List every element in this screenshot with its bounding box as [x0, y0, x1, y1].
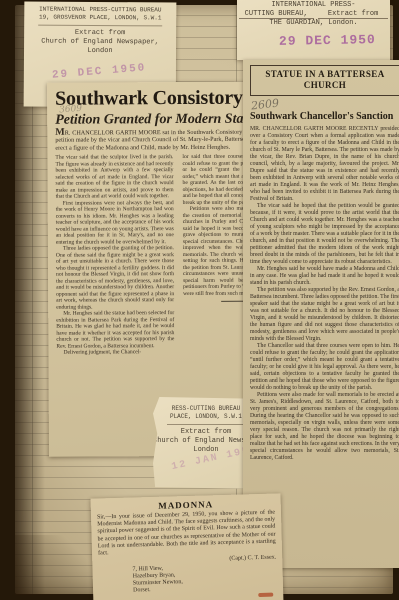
date-stamp: 29 DEC 1950: [52, 64, 147, 80]
scrapbook-photo: INTERNATIONAL PRESS-CUTTING BUREAU 19, G…: [0, 0, 399, 600]
paragraph: Three ladies opposed the granting of the…: [56, 245, 174, 311]
letter-body: Sir,—In your issue of December 29, 1950,…: [97, 510, 276, 558]
article-column-1: The vicar said that the sculptor lived i…: [55, 154, 174, 356]
madonna-letter-clipping: MADONNA Sir,—In your issue of December 2…: [91, 493, 284, 600]
paragraph: Mr. Henghes said he would have made a Ma…: [250, 266, 399, 287]
bureau-address: 19, GROSVENOR PLACE, LONDON, S.W.1: [24, 13, 176, 22]
paragraph: The Chancellor said that three courses w…: [250, 343, 399, 392]
label-divider: [38, 25, 162, 27]
press-cutting-label-top-right: INTERNATIONAL PRESS- CUTTING BUREAU, Ext…: [237, 0, 390, 60]
paragraph: The vicar said that the sculptor lived i…: [55, 154, 173, 200]
source-city: London: [24, 46, 176, 56]
paragraph: Mr. Henghes said the statue had been sel…: [56, 310, 174, 350]
paragraph: The petition was also supported by the R…: [250, 287, 399, 343]
paragraph: First impressions were not always the be…: [56, 200, 174, 246]
extract-from-text: Extract from: [318, 10, 388, 20]
pencil-annotation: 3609: [59, 104, 83, 116]
label-divider: [167, 424, 245, 425]
letter-address: 7, Hill View, Hazelbury Bryan, Sturminst…: [132, 563, 277, 595]
bureau-name-2: CUTTING BUREAU,: [239, 10, 314, 20]
paragraph: MR. CHANCELLOR GARTH MOORE RECENTLY pres…: [250, 126, 399, 203]
source-name: THE GUARDIAN, London.: [237, 19, 390, 28]
article-kicker: STATUE IN A BATTERSEA CHURCH: [250, 65, 399, 96]
article-headline: Southwark Chancellor's Sanction: [250, 111, 399, 123]
paragraph: Petitions were also made for wall memori…: [250, 392, 399, 462]
red-ink-mark: [258, 593, 273, 597]
date-stamp: 29 DEC 1950: [279, 36, 376, 46]
right-newspaper-clipping: STATUE IN A BATTERSEA CHURCH 2609 Southw…: [243, 60, 399, 568]
article-body: MR. CHANCELLOR GARTH MOORE RECENTLY pres…: [250, 126, 399, 462]
paragraph: Delivering judgment, the Chancel-: [56, 349, 174, 356]
paragraph: The vicar said he hoped that the petitio…: [250, 203, 399, 266]
bureau-name: INTERNATIONAL PRESS-: [237, 1, 390, 10]
